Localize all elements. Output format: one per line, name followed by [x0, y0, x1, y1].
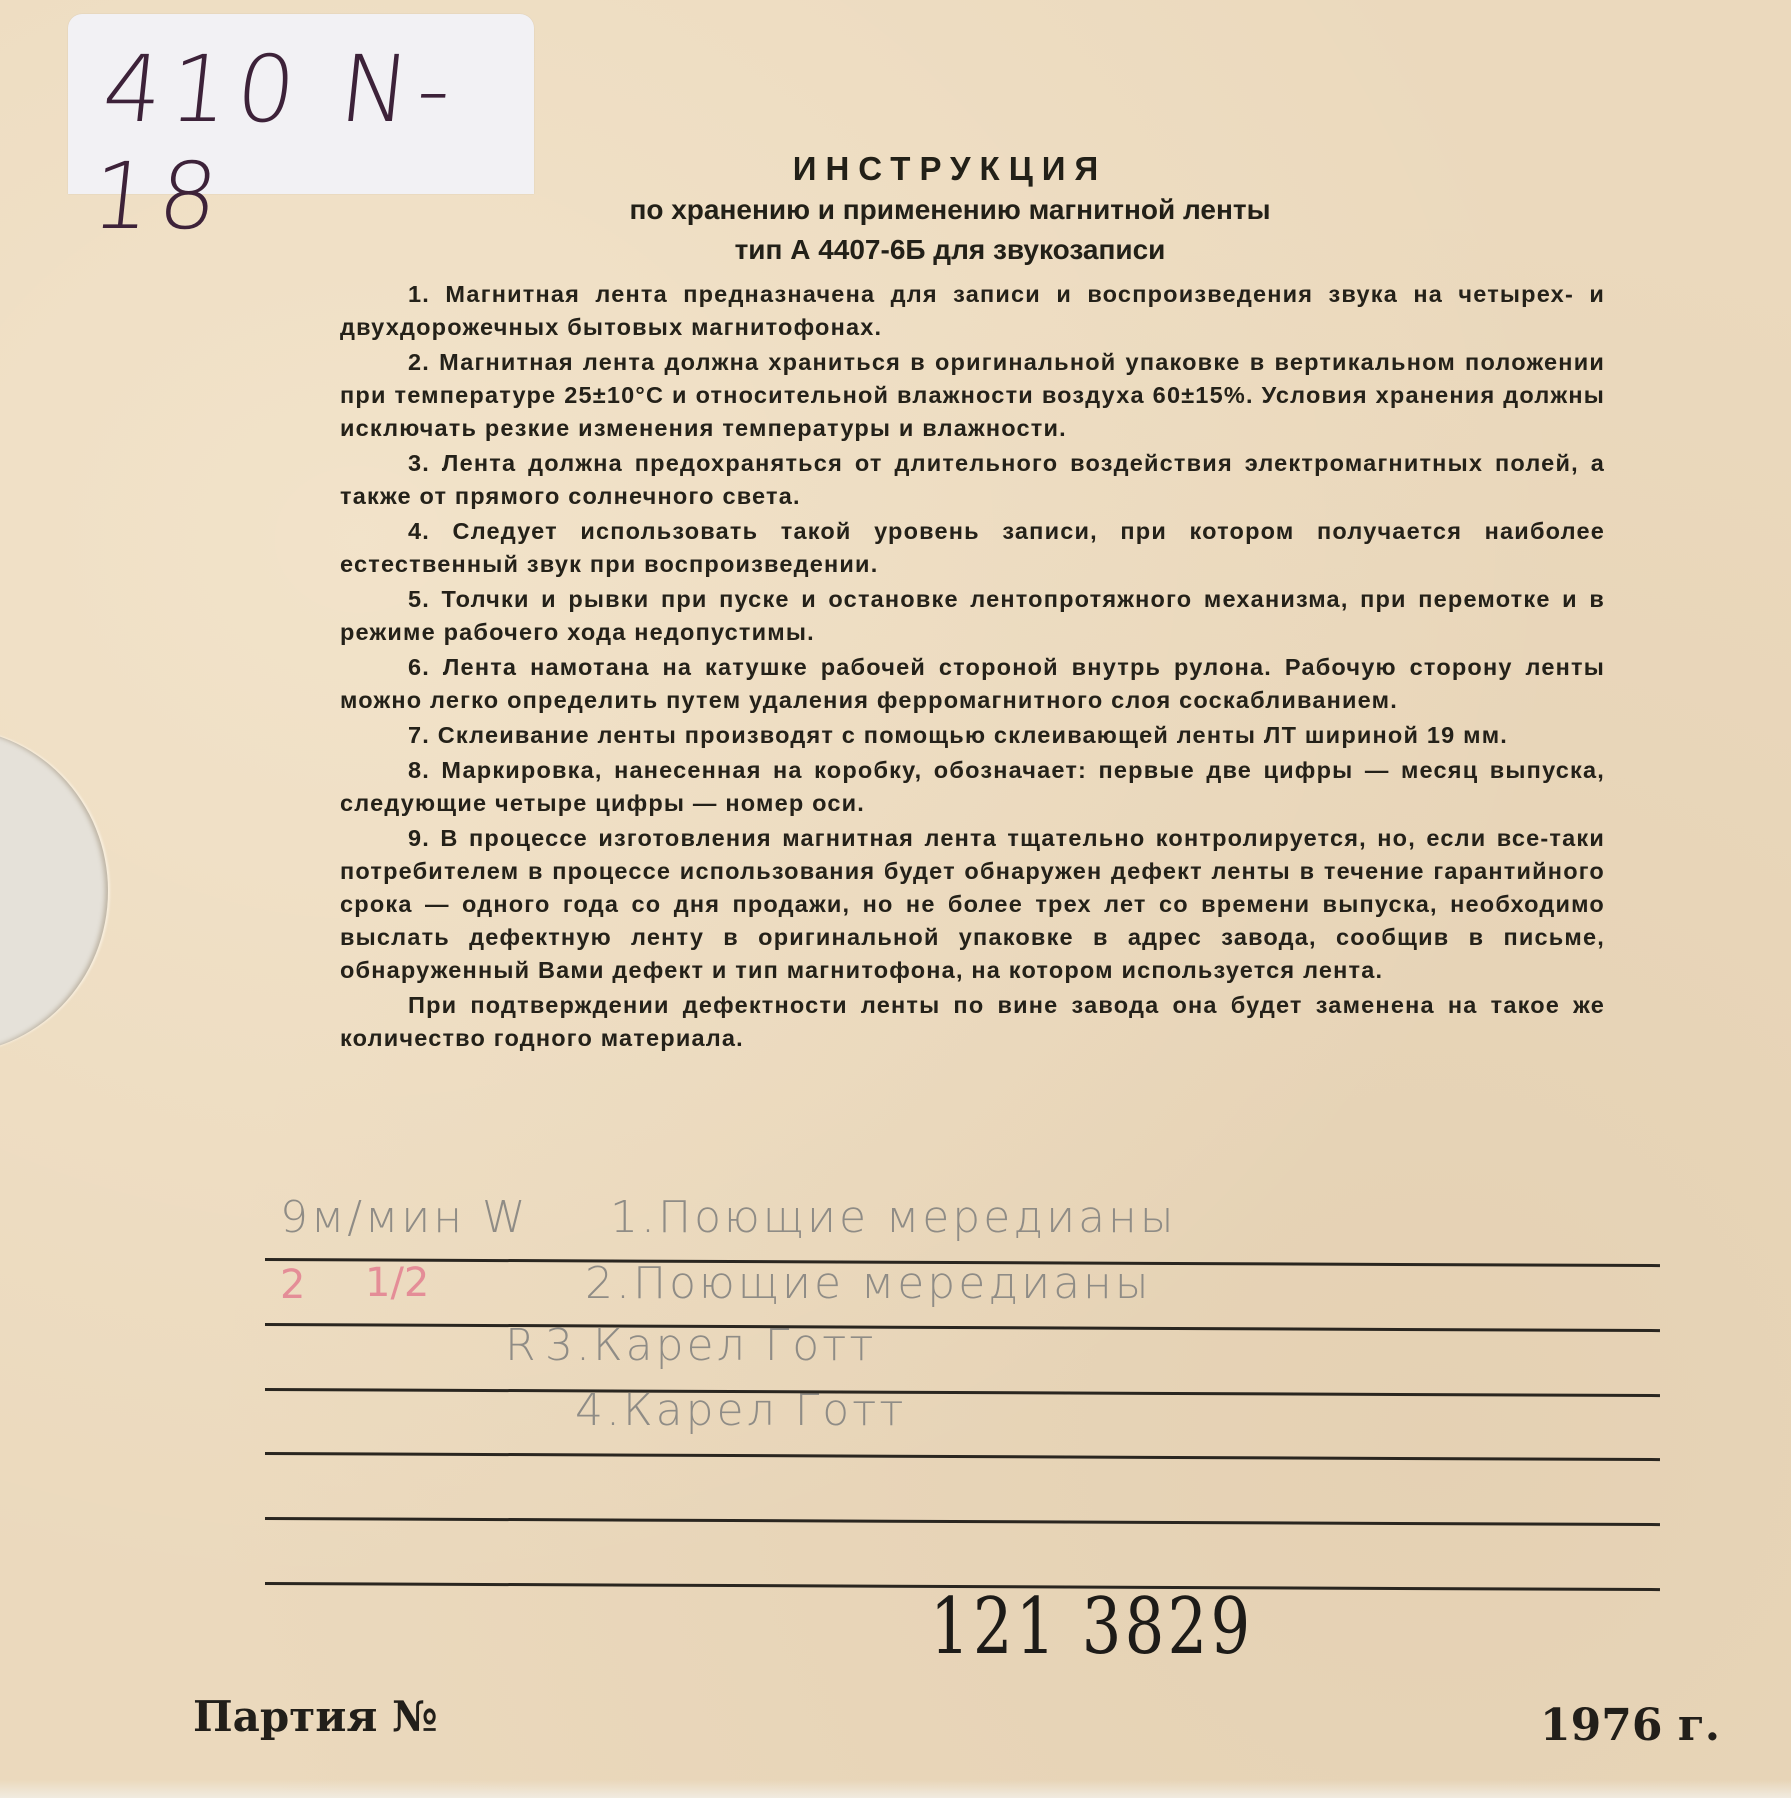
side-marker: R — [505, 1320, 539, 1371]
ruled-line — [265, 1452, 1660, 1461]
track-entry-1: 1.Поющие мередиaны — [610, 1192, 1177, 1243]
document-subtitle-2: тип А 4407-6Б для звукозаписи — [520, 230, 1380, 270]
track-listing-lines: 9м/мин W 1.Поющие мередиaны 2.Поющие мер… — [265, 1180, 1665, 1600]
instruction-item: 1. Магнитная лента предназначена для зап… — [340, 278, 1605, 344]
archive-code: 410 N-18 — [87, 36, 545, 250]
instruction-item: 3. Лента должна предохраняться от длител… — [340, 447, 1605, 513]
document-title: ИНСТРУКЦИЯ — [520, 148, 1380, 190]
instruction-body: 1. Магнитная лента предназначена для зап… — [340, 278, 1605, 1057]
instruction-item: 6. Лента намотана на катушке рабочей сто… — [340, 651, 1605, 717]
tape-speed-note: 9м/мин W — [280, 1192, 528, 1243]
batch-label: Партия № — [193, 1692, 438, 1741]
production-year: 1976 г. — [1540, 1700, 1720, 1751]
instruction-item: 7. Склеивание ленты производят с помощью… — [340, 719, 1605, 752]
instruction-item: 9. В процессе изготовления магнитная лен… — [340, 822, 1605, 987]
batch-number-stamp: 121 3829 — [930, 1582, 1253, 1672]
instruction-item: 2. Магнитная лента должна храниться в ор… — [340, 346, 1605, 445]
instruction-header: ИНСТРУКЦИЯ по хранению и применению магн… — [520, 148, 1380, 270]
tape-box-back: 410 N-18 ИНСТРУКЦИЯ по хранению и примен… — [0, 0, 1791, 1798]
ruled-line — [265, 1388, 1660, 1397]
instruction-item: 8. Маркировка, нанесенная на коробку, об… — [340, 754, 1605, 820]
document-subtitle-1: по хранению и применению магнитной ленты — [520, 190, 1380, 230]
red-pencil-mark: 2 — [280, 1262, 305, 1308]
track-entry-2: 2.Поющие мередиaны — [585, 1258, 1152, 1309]
instruction-item: 4. Следует использовать такой уровень за… — [340, 515, 1605, 581]
instruction-note: При подтверждении дефектности ленты по в… — [340, 989, 1605, 1055]
ruled-line — [265, 1517, 1660, 1526]
ruled-line — [265, 1323, 1660, 1332]
box-bottom-edge — [0, 1780, 1791, 1798]
reel-thumb-cutout — [0, 728, 108, 1054]
archive-label-sticker: 410 N-18 — [68, 14, 534, 194]
instruction-item: 5. Толчки и рывки при пуске и остановке … — [340, 583, 1605, 649]
red-pencil-mark: 1/2 — [365, 1260, 429, 1306]
